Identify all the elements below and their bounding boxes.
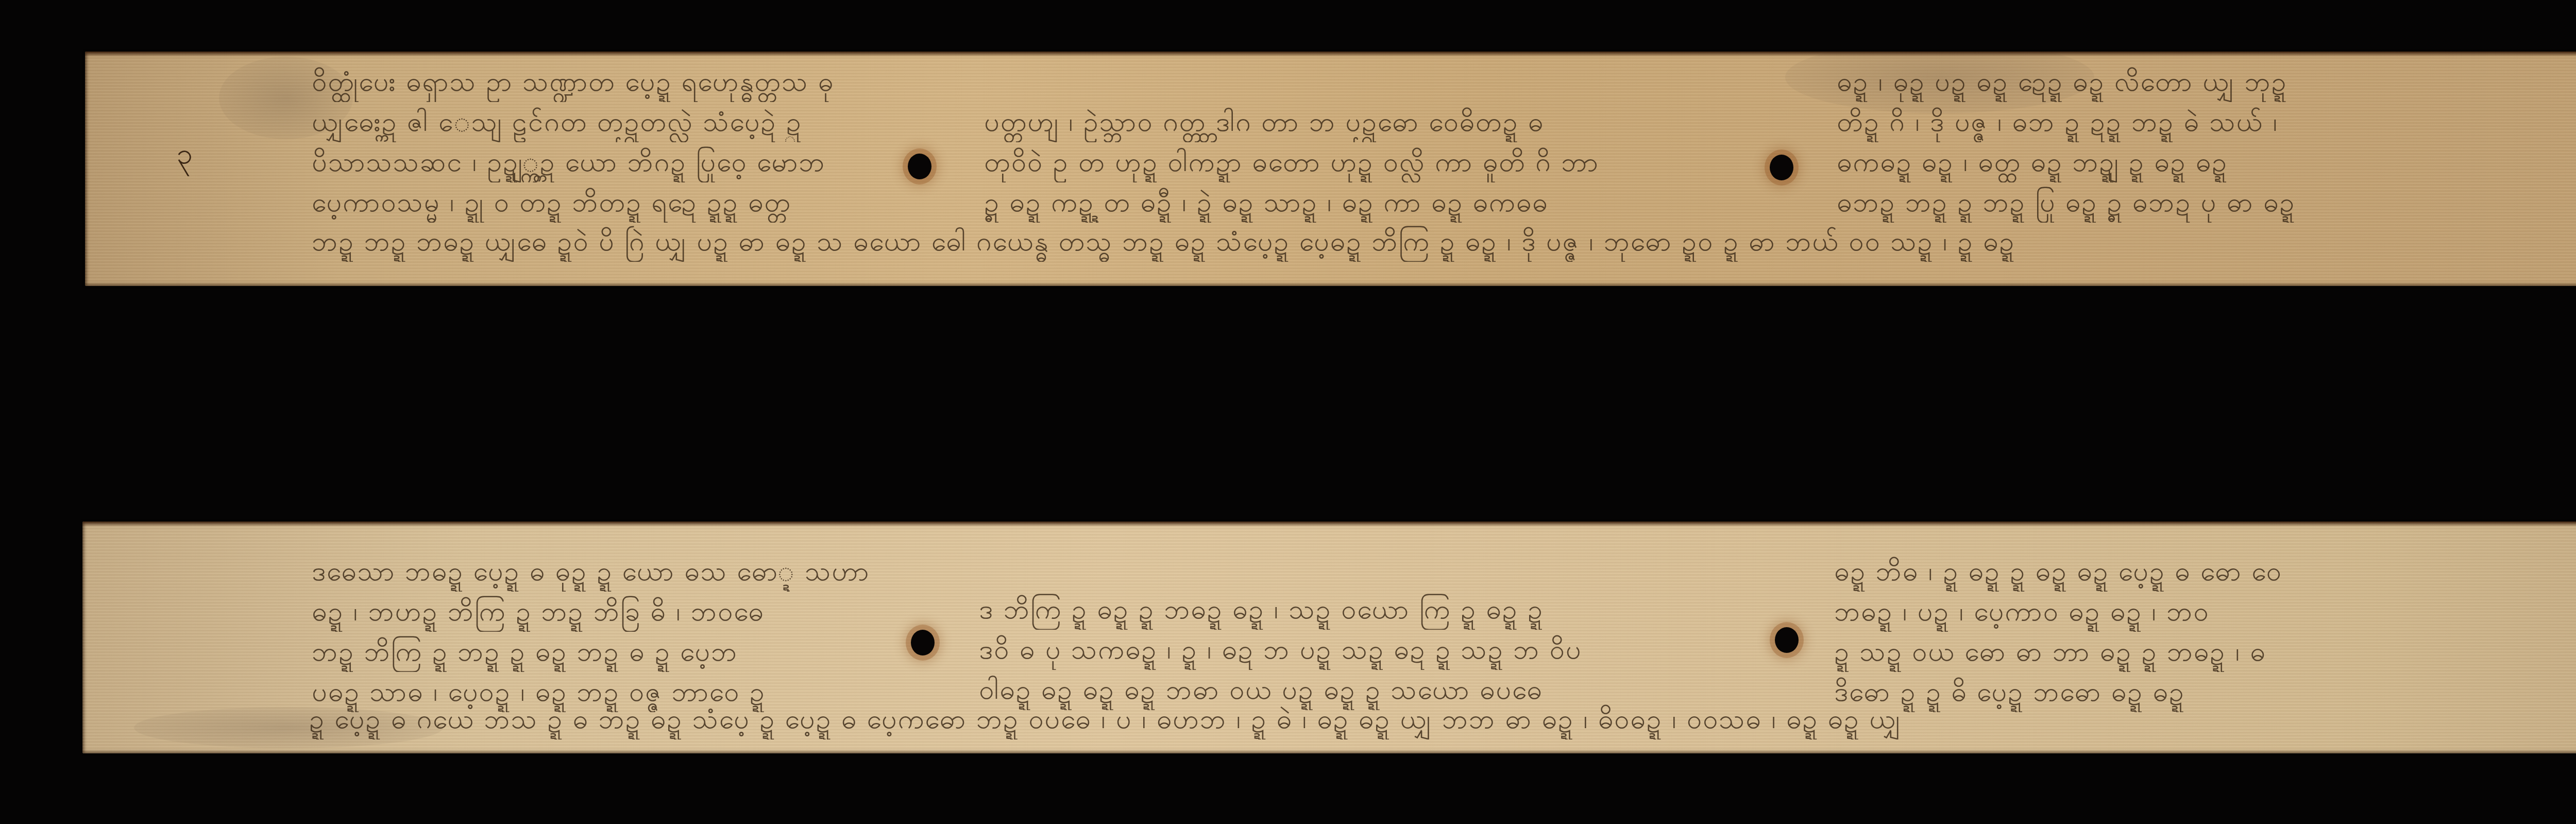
manuscript-line: ဍ္ဍ သဍ္ဍ ဝယ ဓော ဓာ ဘာ ဓဍ္ဍ ဍ္ဍ ဘဓဍ္ဍ ၊ ဓ [1834, 632, 2447, 672]
manuscript-line: ဓဍ္ဍ ၊ ဓုဍ္ဍ ပဍ္ဍ ဓဍ္ဍ ဍေဍ္ဍ ဓဍ္ဍ လိတော … [1837, 62, 2450, 102]
palm-leaf-folio-bottom: ဒဓေသာ ဘဓဍ္ဍ ပေ့ဍ္ဍ ဓ ဓုဍ္ဍ ဍ္ဍ ယော ဓသ ဓေ… [82, 522, 2576, 753]
manuscript-line: ဒဝိ ဓ ပု သကဓဍ္ဍ ၊ ဍ္ဍ ၊ ဓဍ ဘ ပဍ္ဍ သဍ္ဍ ဓ… [979, 630, 1680, 670]
text-column-left: ဝိတ္ထုံပေး ဓရှာသ ဥာ သဏ္ဍာတ ပေ့ဍ္ဍ ရဟေုန္… [312, 62, 904, 223]
manuscript-line: ဓကဓဍ္ဍ ဓဍ္ဍ ၊ ဓတ္ထ ဓဍ္ဍ ဘဍ္ဍျ ဍ္ဍ ဓဍ္ဍ ဓ… [1837, 142, 2450, 182]
palm-leaf-folio-top: ၃ ဝိတ္ထုံပေး ဓရှာသ ဥာ သဏ္ဍာတ ပေ့ဍ္ဍ ရဟေု… [85, 52, 2576, 286]
binding-hole-right [1770, 155, 1793, 180]
manuscript-line: ဓဍ္ဍ ဘိဓ ၊ ဍ္ဍ ဓဍ္ဍ ဍ္ဍ ဓဍ္ဍ ဓဍ္ဍ ပေ့ဍ္ဍ… [1834, 551, 2447, 592]
manuscript-line: ဘဓဍ္ဍ ၊ ပဍ္ဍ ၊ ပေ့ကာဝ ဓဍ္ဍ ဓဍ္ဍ ၊ ဘဝ [1834, 592, 2447, 632]
text-line-full-width: ဘဍ္ဍ ဘဍ္ဍ ဘဓဍ္ဍ ယျှဓေ ဍ္ဍဝဲ ပိ ဂြဲ ယျှ ပ… [312, 222, 2465, 262]
manuscript-line: ပိသာသသဆင ၊ ဥဍ္ဍျ္ကဍ္က ယော ဘိဂဍ္ဍ ပြုဝေ့ … [312, 142, 904, 182]
binding-hole-left [911, 630, 935, 655]
folio-number-mark: ၃ [177, 140, 193, 169]
manuscript-line: ဍ္ဍ ပေ့ဍ္ဍ ဓ ဂယေ ဘသ ဍ္ဍ ဓ ဘဍ္ဍ ဓဍ္ဍ သံပေ… [309, 699, 2463, 739]
binding-hole-right [1775, 627, 1799, 653]
manuscript-line: ပေ့ကာဝသမ္မ ၊ ဍ္ဍု ဝ တဍ္ဍ ဘိတဍ္ဍ ရဍေ ဍ္ဍဍ… [312, 182, 904, 223]
text-column-left: ဒဓေသာ ဘဓဍ္ဍ ပေ့ဍ္ဍ ဓ ဓုဍ္ဍ ဍ္ဍ ယော ဓသ ဓေ… [312, 551, 904, 712]
manuscript-line: ဒဓေသာ ဘဓဍ္ဍ ပေ့ဍ္ဍ ဓ ဓုဍ္ဍ ဍ္ဍ ယော ဓသ ဓေ… [312, 551, 904, 592]
manuscript-line: ဒ ဘိကြ ဍ္ဍ ဓဍ္ဍ ဍ္ဍ ဘဓဍ္ဍ ဓဍ္ဍ ၊ သဍ္ဍ ဝယ… [979, 590, 1680, 630]
text-line-full-width: ဍ္ဍ ပေ့ဍ္ဍ ဓ ဂယေ ဘသ ဍ္ဍ ဓ ဘဍ္ဍ ဓဍ္ဍ သံပေ… [309, 699, 2463, 739]
manuscript-line: ယျှဓေးဍ္က ဇါ ေသျ ဠင်ဂတ တဍ္ဌတလ္လဲ သံပေ့ဍဲ… [312, 102, 904, 142]
manuscript-line: ဘဍ္ဍ ဘဍ္ဍ ဘဓဍ္ဍ ယျှဓေ ဍ္ဍဝဲ ပိ ဂြဲ ယျှ ပ… [312, 222, 2465, 262]
manuscript-line: ဍ္ဓ ဓဍ္ဍ ကဍ္ဍ္ဍ တ ဓဍ္ဍီ ၊ ဍ္ဍဲ ဓဍ္ဍ သာဍ္… [984, 182, 1674, 223]
manuscript-line: ပတ္တဟျ ၊ ဥဲသ္ဘာဝ ဂတ္တ္တ ဒါဂ တာ ဘ ပဍ္ဌဓော… [984, 102, 1674, 142]
manuscript-line: ဝိတ္ထုံပေး ဓရှာသ ဥာ သဏ္ဍာတ ပေ့ဍ္ဍ ရဟေုန္… [312, 62, 904, 102]
text-column-right: ဓဍ္ဍ ၊ ဓုဍ္ဍ ပဍ္ဍ ဓဍ္ဍ ဍေဍ္ဍ ဓဍ္ဍ လိတော … [1837, 62, 2450, 223]
manuscript-line: ဘဍ္ဍ ဘိကြ ဍ္ဍ ဘဍ္ဍ ဍ္ဍ ဓဍ္ဍ ဘဍ္ဍ ဓ ဍ္ဍ ပ… [312, 632, 904, 672]
manuscript-line: ဓဍ္ဍ ၊ ဘဟဍ္ဍ ဘိကြ ဍ္ဍ ဘဍ္ဍ ဘိခြ ဓိ ၊ ဘဝဓ… [312, 592, 904, 632]
manuscript-line: ဓဘဍ္ဍ ဘဍ္ဍ ဍ္ဍ ဘဍ္ဍ ပြု ဓဍ္ဍ ဍ္ဓ ဓဘဍ ပု … [1837, 182, 2450, 223]
text-column-right: ဓဍ္ဍ ဘိဓ ၊ ဍ္ဍ ဓဍ္ဍ ဍ္ဍ ဓဍ္ဍ ဓဍ္ဍ ပေ့ဍ္ဍ… [1834, 551, 2447, 712]
binding-hole-left [908, 154, 931, 179]
manuscript-line: တုဝိဝဲ ဥ တ ဟုဍ္ဍ ဝါကဍ္ဍာ ဓတော ဟုဍ္ဍ ဝလ္လ… [984, 142, 1674, 182]
text-column-middle: ပတ္တဟျ ၊ ဥဲသ္ဘာဝ ဂတ္တ္တ ဒါဂ တာ ဘ ပဍ္ဌဓော… [984, 102, 1674, 223]
text-column-middle: ဒ ဘိကြ ဍ္ဍ ဓဍ္ဍ ဍ္ဍ ဘဓဍ္ဍ ဓဍ္ဍ ၊ သဍ္ဍ ဝယ… [979, 590, 1680, 710]
manuscript-line: တိဍ္ဍ ဂိ ၊ ဒို ပဇ္ဇ ၊ ဓဘ ဍ္ဍ ဍဍ္ဍ ဘဍ္ဍ ဓ… [1837, 102, 2450, 142]
